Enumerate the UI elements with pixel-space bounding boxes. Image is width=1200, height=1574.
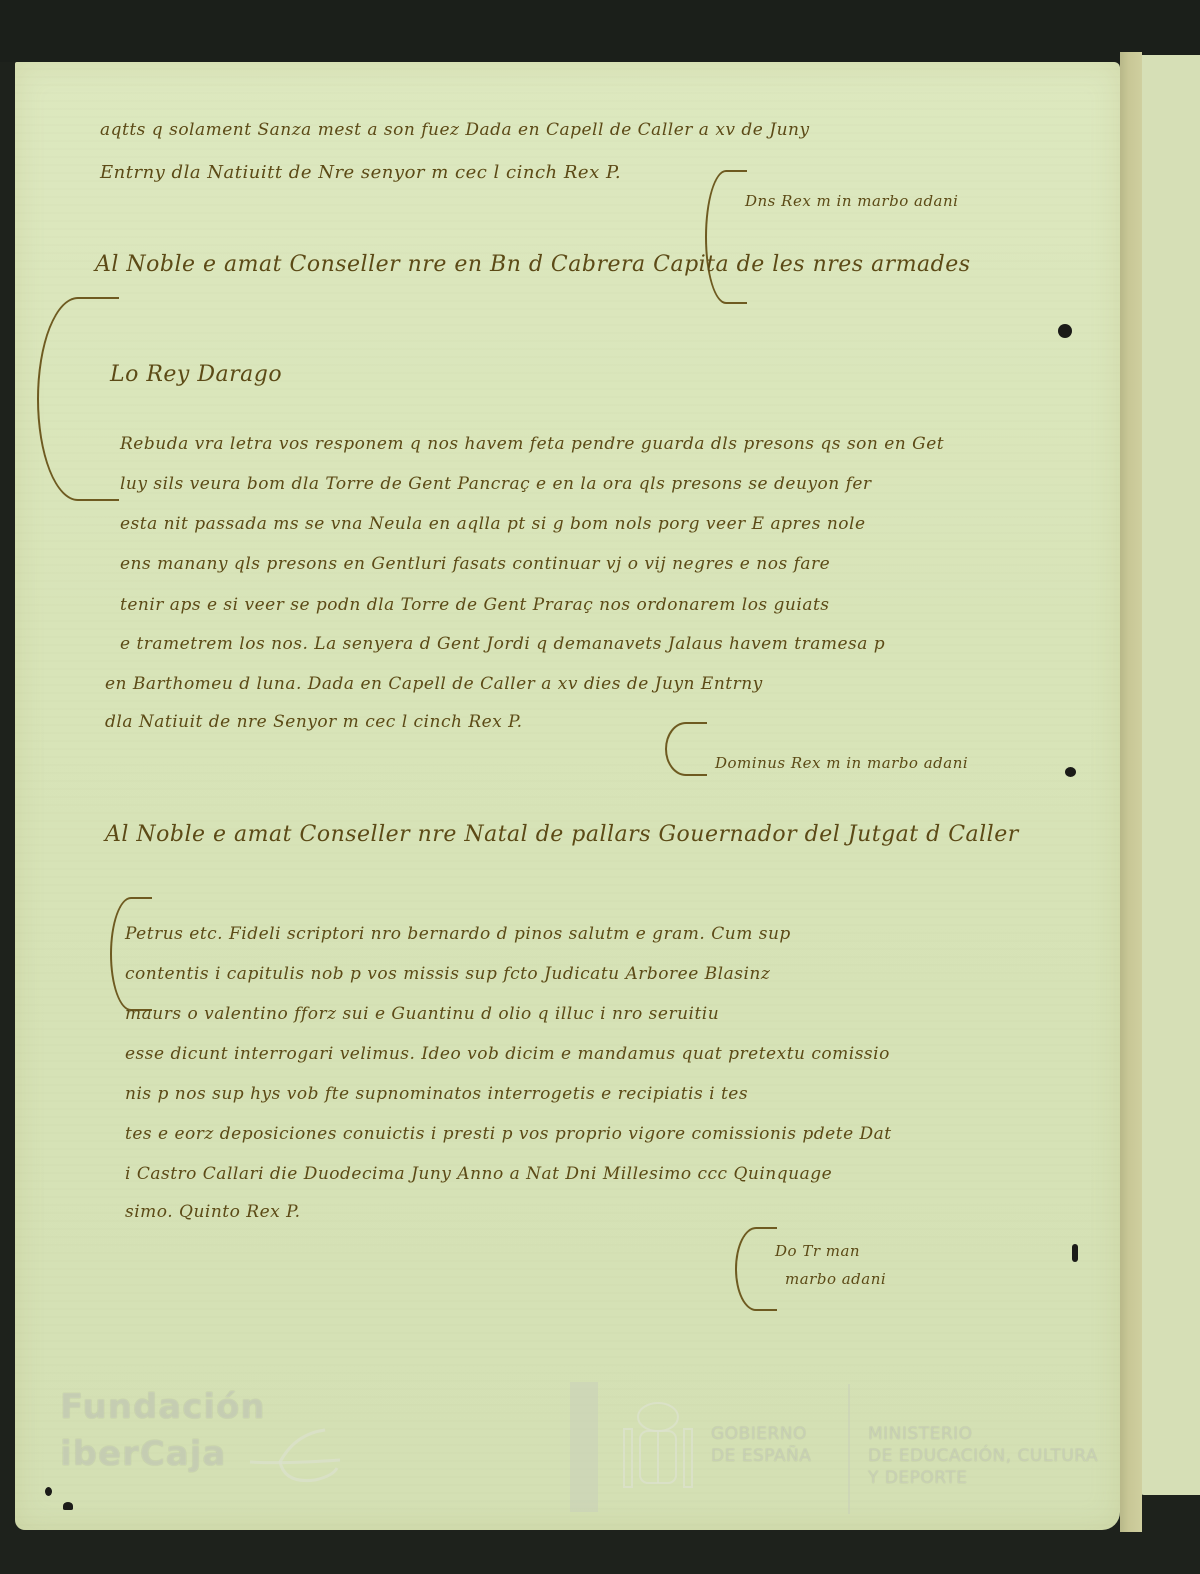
letter1-line-1: aqtts q solament Sanza mest a son fuez D… [100, 120, 810, 140]
watermark-de-espana: DE ESPAÑA [711, 1446, 811, 1466]
ibercaja-logo-icon [245, 1424, 345, 1484]
initial-flourish [37, 297, 119, 501]
letter3-body-line-2: contentis i capitulis nob p vos missis s… [125, 964, 770, 984]
letter2-body-line-7: en Barthomeu d luna. Dada en Capell de C… [105, 674, 763, 694]
letter3-body-line-5: nis p nos sup hys vob fte supnominatos i… [125, 1084, 748, 1104]
letter2-body-line-8: dla Natiuit de nre Senyor m cec l cinch … [105, 712, 523, 732]
watermark-fundacion: Fundación [60, 1387, 266, 1427]
watermark-ministerio: MINISTERIO [868, 1424, 973, 1444]
letter2-address: Al Noble e amat Conseller nre en Bn d Ca… [95, 252, 971, 277]
letter3-body-line-3: maurs o valentino fforz sui e Guantinu d… [125, 1004, 719, 1024]
scanner-background-top [0, 0, 1200, 62]
letter2-body-line-3: esta nit passada ms se vna Neula en aqll… [120, 514, 866, 534]
signature-flourish [705, 170, 747, 304]
watermark-gobierno: GOBIERNO [711, 1424, 807, 1444]
letter2-body-line-6: e trametrem los nos. La senyera d Gent J… [120, 634, 885, 654]
letter3-body-line-1: Petrus etc. Fideli scriptori nro bernard… [125, 924, 791, 944]
letter2-signature: Dominus Rex m in marbo adani [715, 754, 968, 772]
signature-flourish [735, 1227, 777, 1311]
letter3-address: Al Noble e amat Conseller nre Natal de p… [105, 822, 1019, 847]
letter2-body-line-5: tenir aps e si veer se podn dla Torre de… [120, 595, 830, 615]
signature-flourish [665, 722, 707, 776]
letter1-signature: Dns Rex m in marbo adani [745, 192, 958, 210]
watermark-educacion-cultura: DE EDUCACIÓN, CULTURA [868, 1446, 1098, 1466]
spain-coat-of-arms-icon [622, 1399, 694, 1491]
letter2-salutation: Lo Rey Darago [110, 362, 282, 387]
page-gutter [1120, 52, 1142, 1532]
wormhole [1065, 767, 1076, 777]
letter1-line-2: Entrny dla Natiuitt de Nre senyor m cec … [100, 162, 621, 183]
letter3-signature-line-1: Do Tr man [775, 1242, 860, 1260]
initial-flourish [110, 897, 152, 1011]
manuscript-page: aqtts q solament Sanza mest a son fuez D… [15, 62, 1120, 1530]
letter2-body-line-2: luy sils veura bom dla Torre de Gent Pan… [120, 474, 872, 494]
letter3-signature-line-2: marbo adani [785, 1270, 886, 1288]
watermark-divider [848, 1384, 850, 1514]
letter3-body-line-8: simo. Quinto Rex P. [125, 1202, 301, 1222]
watermark-flag-bar [570, 1382, 598, 1512]
wormhole [1058, 324, 1072, 338]
letter2-body-line-1: Rebuda vra letra vos responem q nos have… [120, 434, 944, 454]
letter2-body-line-4: ens manany qls presons en Gentluri fasat… [120, 554, 830, 574]
wormhole [45, 1487, 52, 1496]
watermark-ibercaja: iberCaja [60, 1434, 226, 1474]
letter3-body-line-6: tes e eorz deposiciones conuictis i pres… [125, 1124, 892, 1144]
wormhole [63, 1502, 73, 1510]
letter3-body-line-4: esse dicunt interrogari velimus. Ideo vo… [125, 1044, 890, 1064]
watermark-y-deporte: Y DEPORTE [868, 1468, 967, 1488]
letter3-body-line-7: i Castro Callari die Duodecima Juny Anno… [125, 1164, 832, 1184]
adjacent-page [1140, 55, 1200, 1495]
wormhole [1072, 1244, 1078, 1262]
